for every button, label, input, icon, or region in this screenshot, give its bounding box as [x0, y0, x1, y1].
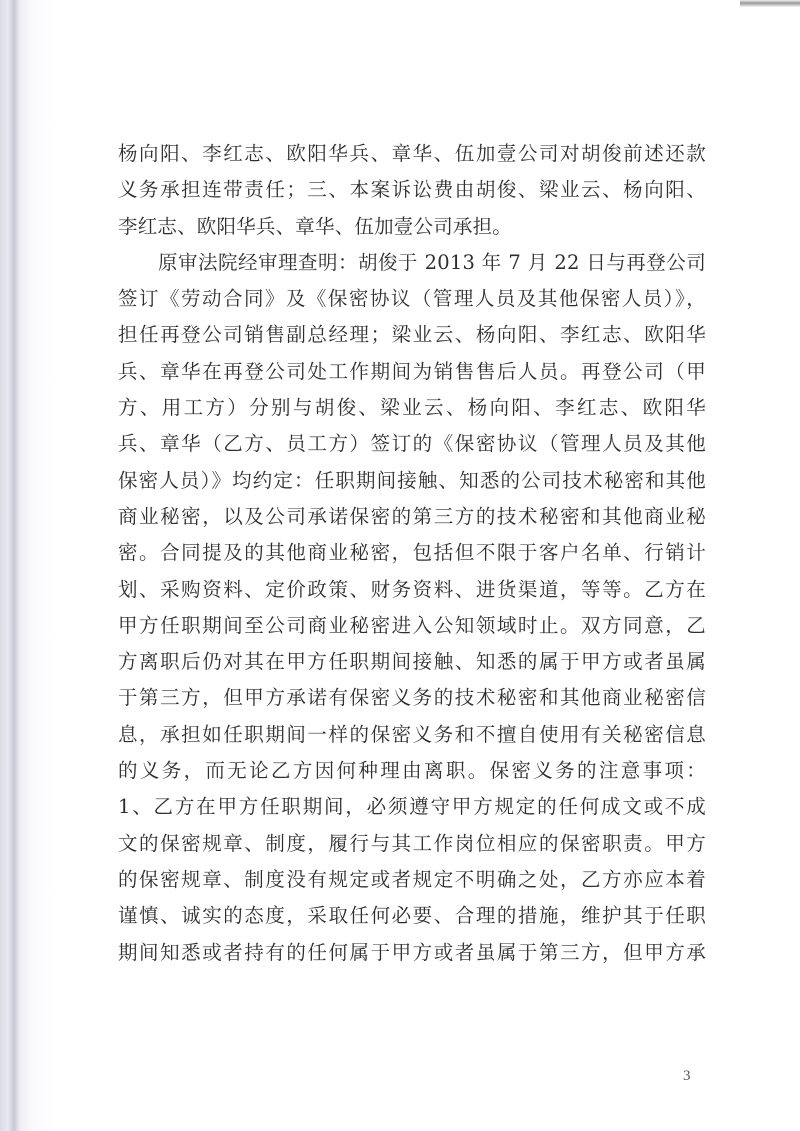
text-line: 方离职后仍对其在甲方任职期间接触、知悉的属于甲方或者虽属: [118, 644, 706, 680]
document-body: 杨向阳、李红志、欧阳华兵、章华、伍加壹公司对胡俊前述还款 义务承担连带责任；三、…: [118, 136, 706, 971]
paragraph-start-line: 原审法院经审理查明：胡俊于 2013 年 7 月 22 日与再登公司: [118, 245, 706, 281]
text-line: 杨向阳、李红志、欧阳华兵、章华、伍加壹公司对胡俊前述还款: [118, 136, 706, 172]
scanned-page: 杨向阳、李红志、欧阳华兵、章华、伍加壹公司对胡俊前述还款 义务承担连带责任；三、…: [0, 0, 800, 1131]
scan-edge-shadow: [740, 0, 800, 7]
text-line: 谨慎、诚实的态度，采取任何必要、合理的措施，维护其于任职: [118, 898, 706, 934]
text-line: 保密人员）》均约定：任职期间接触、知悉的公司技术秘密和其他: [118, 463, 706, 499]
text-line: 于第三方，但甲方承诺有保密义务的技术秘密和其他商业秘密信: [118, 680, 706, 716]
text-line: 期间知悉或者持有的任何属于甲方或者虽属于第三方，但甲方承: [118, 935, 706, 971]
text-line: 方、用工方）分别与胡俊、梁业云、杨向阳、李红志、欧阳华: [118, 390, 706, 426]
text-line: 签订《劳动合同》及《保密协议（管理人员及其他保密人员）》，: [118, 281, 706, 317]
text-line: 担任再登公司销售副总经理；梁业云、杨向阳、李红志、欧阳华: [118, 317, 706, 353]
text-line: 商业秘密，以及公司承诺保密的第三方的技术秘密和其他商业秘: [118, 499, 706, 535]
text-line: 李红志、欧阳华兵、章华、伍加壹公司承担。: [118, 209, 706, 245]
text-line: 息，承担如任职期间一样的保密义务和不擅自使用有关秘密信息: [118, 717, 706, 753]
text-line: 甲方任职期间至公司商业秘密进入公知领域时止。双方同意，乙: [118, 608, 706, 644]
text-line: 1、乙方在甲方任职期间，必须遵守甲方规定的任何成文或不成: [118, 789, 706, 825]
text-line: 划、采购资料、定价政策、财务资料、进货渠道，等等。乙方在: [118, 572, 706, 608]
text-line: 密。合同提及的其他商业秘密，包括但不限于客户名单、行销计: [118, 535, 706, 571]
text-line: 兵、章华在再登公司处工作期间为销售售后人员。再登公司（甲: [118, 354, 706, 390]
text-line: 义务承担连带责任；三、本案诉讼费由胡俊、梁业云、杨向阳、: [118, 172, 706, 208]
page-number: 3: [683, 1068, 691, 1085]
text-line: 文的保密规章、制度，履行与其工作岗位相应的保密职责。甲方: [118, 826, 706, 862]
text-line: 的义务，而无论乙方因何种理由离职。保密义务的注意事项：: [118, 753, 706, 789]
text-line: 兵、章华（乙方、员工方）签订的《保密协议（管理人员及其他: [118, 426, 706, 462]
text-line: 的保密规章、制度没有规定或者规定不明确之处，乙方亦应本着: [118, 862, 706, 898]
